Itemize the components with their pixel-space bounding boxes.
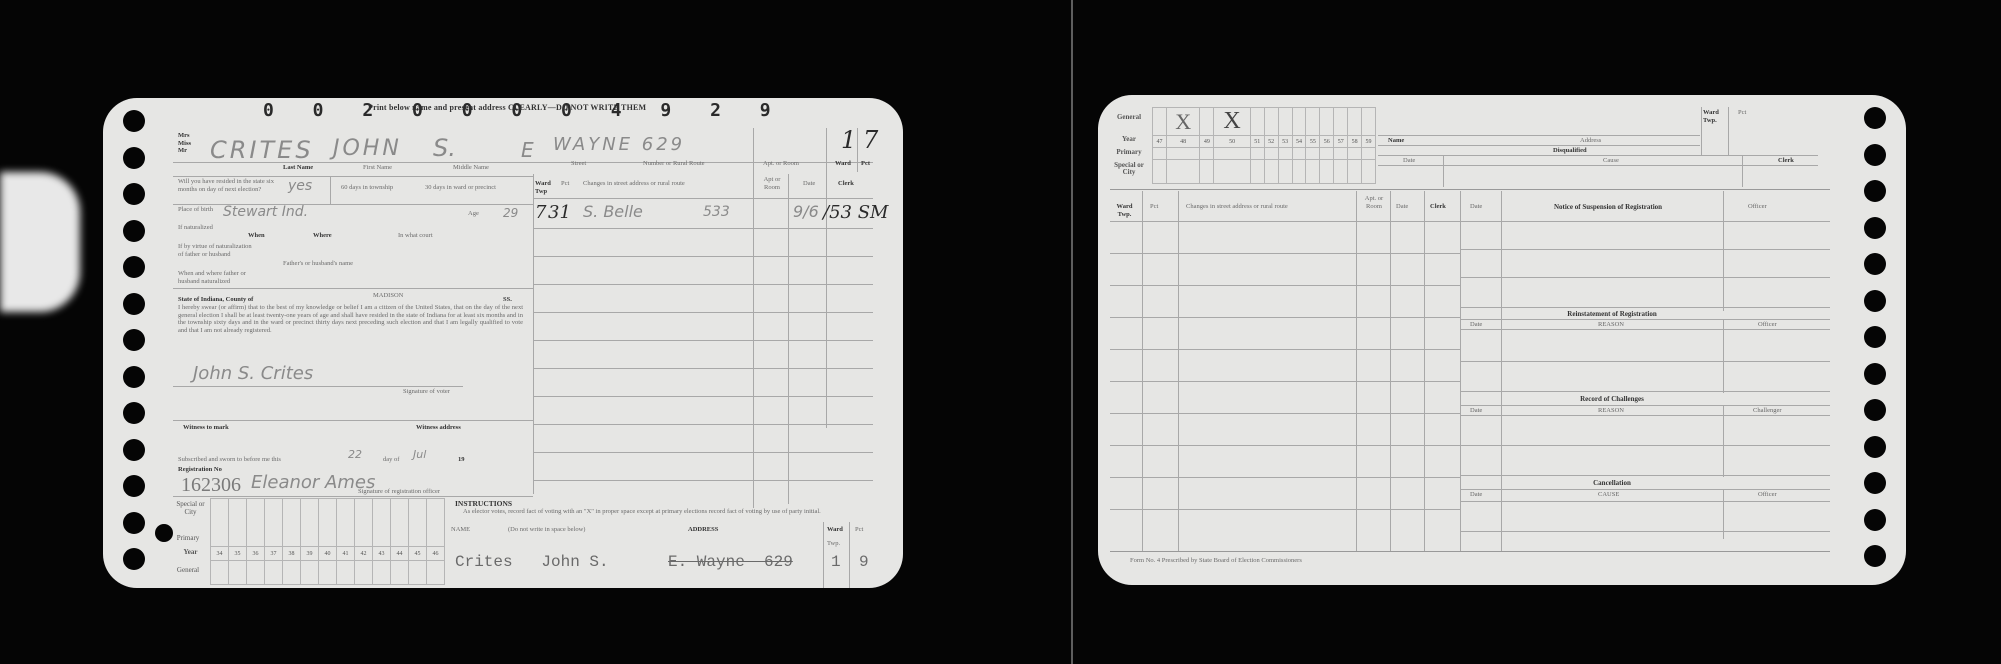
street-direction-value: E <box>521 138 534 162</box>
age-value: 29 <box>503 206 518 220</box>
street-value: WAYNE 629 <box>553 134 685 155</box>
officer-signature: Eleanor Ames <box>251 472 375 493</box>
right-voting-grid: X X 47484950515253545556575859 <box>1152 107 1376 184</box>
blurred-object <box>0 172 80 312</box>
vote-mark-50: X <box>1214 108 1250 136</box>
punch-holes <box>123 110 145 570</box>
ward-value: 1 <box>841 126 856 154</box>
typed-pct: 9 <box>859 553 869 571</box>
oath-text: I hereby swear (or affirm) that to the b… <box>178 304 523 334</box>
voter-signature: John S. Crites <box>193 363 313 384</box>
voter-registration-card-front: 0 0 2 0 0 0 0 4 9 2 9 Print below name a… <box>103 98 903 588</box>
vote-mark-48: X <box>1166 108 1200 136</box>
last-name-value: CRITES <box>210 136 314 164</box>
birthplace-value: Stewart Ind. <box>223 204 308 220</box>
typed-name: Crites John S. <box>455 553 609 571</box>
header-instruction: Print below name and present address CLE… <box>368 103 646 112</box>
title-options: Mrs Miss Mr <box>178 132 198 155</box>
middle-name-value: S. <box>433 134 456 162</box>
left-voting-grid: 34353637383940414243444546 <box>210 498 445 585</box>
form-footer: Form No. 4 Prescribed by State Board of … <box>1130 557 1302 565</box>
registration-number: 162306 <box>181 474 241 497</box>
voter-registration-card-back: General Year Primary Special or City X X… <box>1098 95 1906 585</box>
typed-ward: 1 <box>831 553 841 571</box>
first-name-value: JOHN <box>333 136 402 161</box>
typed-address: E. Wayne 629 <box>668 553 793 571</box>
frame-divider <box>1071 0 1073 664</box>
pct-value: 7 <box>863 126 878 154</box>
punch-holes <box>1864 107 1886 567</box>
